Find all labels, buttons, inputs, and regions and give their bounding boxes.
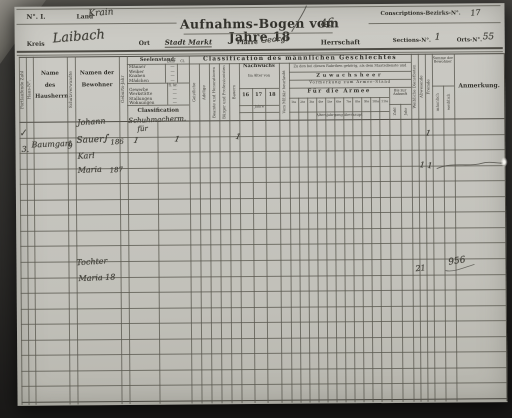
rotated-column-label-text: Vom Militär beurlaubt — [282, 70, 286, 113]
seelenstand-text: Zahl — [165, 59, 177, 63]
handwritten-entry: Sauer — [76, 136, 103, 146]
handwritten-entry: 1 — [435, 34, 441, 43]
rotated-column-label: Geistliche — [189, 65, 199, 119]
handwritten-entry: 1 1 — [419, 161, 432, 170]
nachwuchs-age-label: 16 — [239, 93, 252, 98]
rotated-column-label-text: Schutzverwandte — [69, 71, 73, 108]
rotated-column-label-text: Zahl — [393, 107, 397, 115]
grid-line-vertical — [325, 97, 328, 402]
handwritten-entry: Tochter — [76, 257, 107, 267]
armee-age-class-label: 4te — [316, 100, 325, 103]
pfarre-label: Pfarre — [237, 40, 258, 46]
handwritten-entry: Karl — [77, 152, 94, 161]
grid-line-horizontal — [127, 83, 189, 84]
handwritten-entry: 1 — [133, 137, 140, 146]
sections-number-label: Sections-N°. — [393, 39, 431, 45]
handwritten-entry: ∫ — [103, 134, 109, 145]
grid-line-vertical — [334, 97, 337, 402]
nachwuchs-age-label: 17 — [252, 93, 265, 98]
grid-line-vertical — [352, 97, 355, 402]
handwritten-entry: 46 — [320, 17, 335, 30]
handwritten-entry: 17 — [470, 9, 481, 18]
grid-line-horizontal — [239, 112, 279, 113]
kreis-label: Kreis — [27, 42, 45, 48]
orts-number-label: Orts-N°. — [457, 38, 482, 44]
grid-line-vertical — [307, 98, 310, 403]
handwritten-entry: 21 — [415, 264, 426, 273]
grid-line-horizontal — [239, 88, 279, 89]
handwritten-entry: Laibach — [52, 28, 105, 45]
photographed-census-sheet: N°. I. Land Aufnahms-Bogen vom Jahre 18 … — [0, 0, 512, 418]
handwritten-entry: Krain — [88, 8, 114, 19]
handwritten-entry: Baumgart — [31, 140, 72, 150]
armee-footer: Altersjahrgang überhaupt — [289, 112, 389, 116]
handwritten-entry: für — [137, 126, 148, 134]
rotated-column-label-text: Beamte und Honoratioren — [212, 67, 216, 118]
rotated-column-label: Beamte und Honoratioren — [209, 65, 219, 119]
nachwuchs-subtitle: Im Alter von — [239, 74, 279, 78]
rotated-column-label-text: männlich — [436, 93, 440, 111]
handwritten-entry: Johann — [77, 117, 106, 127]
rotated-column-label-text: Jahr — [404, 108, 408, 115]
rotated-column-label: männlich — [432, 87, 443, 118]
ankunft-title: Bis zur Ankunft — [389, 89, 411, 97]
rotated-column-label: Vom Militär beurlaubt — [279, 65, 289, 119]
handwritten-entry: 186 — [110, 139, 124, 147]
seelenstand-text: Cl. — [177, 59, 189, 63]
rotated-column-label-text: Abwesende — [420, 76, 424, 98]
conscription-district-label: Conscriptions-Bezirks-N°. — [380, 11, 460, 17]
rotated-column-label: Adelige — [199, 65, 209, 119]
ort-printed-options: Stadt Markt — [165, 38, 213, 48]
armee-age-class-label: 11te — [380, 100, 389, 103]
grid-line-vertical — [165, 64, 166, 83]
armee-age-class-label: 2te — [298, 101, 307, 104]
census-form-paper: N°. I. Land Aufnahms-Bogen vom Jahre 18 … — [14, 3, 507, 406]
rotated-column-label-text: Weibliche Dienstboten — [412, 65, 416, 109]
handwritten-entry: Schuhmacherm. — [128, 116, 186, 125]
rotated-column-label-text: Adelige — [202, 85, 206, 100]
armee-age-class-label: 1te — [289, 101, 298, 104]
summe-title: Summe der Bewohner — [432, 56, 454, 64]
handwritten-entry: Georgi — [260, 35, 288, 45]
handwritten-entry: ✓ — [19, 129, 28, 139]
nachwuchs-title: Nachwuchs — [239, 64, 279, 70]
rotated-column-label: weiblich — [443, 86, 454, 117]
grid-line-horizontal — [127, 105, 189, 106]
rotated-column-label-text: Bauern — [232, 85, 236, 99]
grid-line-vertical — [316, 98, 319, 403]
grid-line-vertical — [443, 86, 446, 402]
grid-line-vertical — [370, 97, 373, 402]
hausherr-column-heading: Name des Hausherrn — [35, 69, 65, 104]
rotated-column-label: Bürger und Professionisten — [219, 65, 229, 119]
grid-line-vertical — [400, 104, 403, 402]
rotated-column-label: Bauern — [229, 65, 239, 119]
grid-line-horizontal — [17, 23, 177, 25]
armee-age-class-label: 3te — [307, 101, 316, 104]
grid-line-vertical — [379, 97, 382, 402]
handwritten-entry: 1 — [174, 135, 181, 144]
handwritten-entry: 9 — [68, 142, 73, 150]
bewohner-column-heading: Namen der Bewohner — [77, 68, 117, 91]
grid-line-vertical — [298, 98, 301, 403]
ort-label: Ort — [139, 41, 150, 47]
handwritten-entry: 1 — [235, 133, 242, 142]
anmerkung-column-heading: Anmerkung. — [454, 83, 504, 90]
handwritten-entry: Maria 18 — [78, 274, 115, 284]
grid-line-vertical — [361, 97, 364, 402]
handwritten-entry: 1 — [425, 129, 432, 138]
grid-line-vertical — [177, 64, 178, 83]
herrschaft-label: Herrschaft — [321, 39, 361, 46]
handwritten-entry: 956 — [448, 256, 466, 267]
handwritten-entry: 3. — [22, 146, 30, 154]
rotated-column-label-text: Haus-N°. — [27, 80, 31, 100]
rotated-column-label-text: Bürger und Professionisten — [222, 65, 226, 119]
paper-fleck — [501, 157, 508, 167]
handwritten-entry: Maria — [78, 166, 102, 175]
rotated-column-label-text: Geburts-Jahr — [121, 75, 125, 102]
grid-line-horizontal — [289, 97, 389, 98]
grid-line-horizontal — [369, 22, 501, 24]
rotated-column-label-text: weiblich — [447, 94, 451, 110]
rotated-column-label-text: Geistliche — [192, 83, 196, 103]
classification-group-line1: Zu den bei diesen Rubriken gehörig, als … — [289, 64, 411, 69]
classification-group-line3: Vormerkung zum Armee-Stand — [289, 80, 411, 85]
nachwuchs-age-label: 18 — [265, 93, 279, 98]
sheet-number: N°. I. — [26, 14, 45, 21]
grid-line-vertical — [504, 53, 508, 401]
handwritten-entry: 55 — [483, 33, 495, 42]
armee-title: Für die Armee — [289, 89, 389, 96]
table-grid — [14, 3, 504, 7]
grid-line-vertical — [239, 63, 242, 403]
grid-line-vertical — [157, 121, 160, 404]
rotated-column-label-text: Fremde — [427, 79, 431, 94]
grid-line-vertical — [343, 97, 346, 402]
rotated-column-label: Zahl — [389, 105, 400, 118]
rotated-column-label: Jahr — [400, 105, 411, 118]
handwritten-entry: 187 — [109, 167, 123, 175]
classification-group-line2: Zuwachsheer — [289, 72, 411, 78]
rotated-column-label-text: Fortlaufende Zahl — [20, 71, 24, 109]
